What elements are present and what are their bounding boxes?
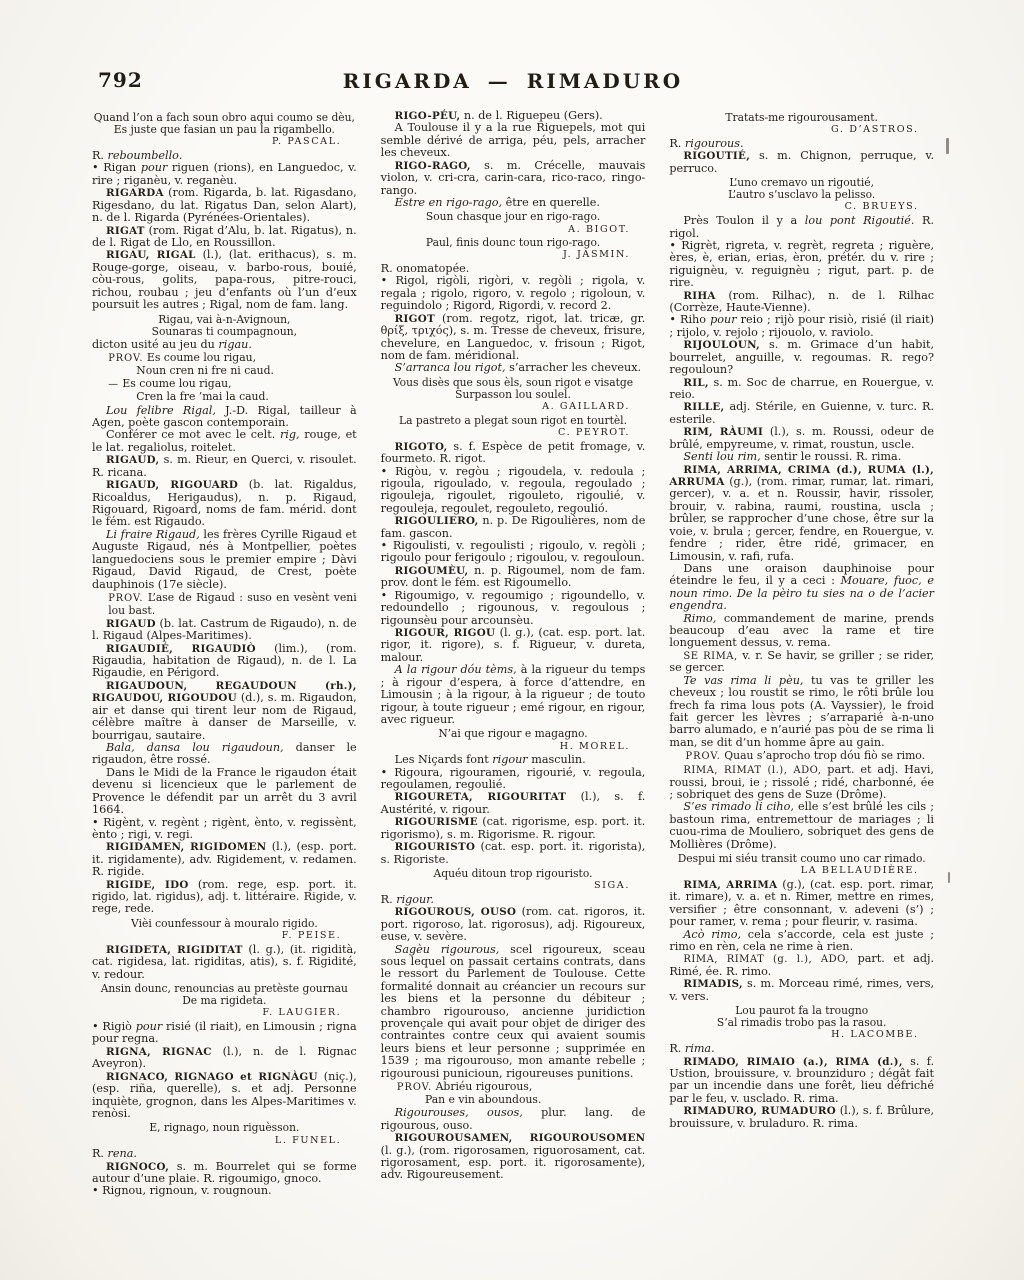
proverb-label: PROV. bbox=[686, 751, 721, 762]
verse-attribution: G. D’ASTROS. bbox=[669, 125, 934, 136]
entry-paragraph: RIGIDAMEN, RIGIDOMEN (l.), (esp. port. i… bbox=[92, 841, 357, 878]
verse-line: Tratats-me rigourousament. bbox=[669, 112, 934, 124]
italic-phrase: Mouare, fuoc, e noun rimo. De la pèiro t… bbox=[669, 574, 934, 612]
entry-headword: RIGAUD bbox=[106, 618, 156, 630]
verse-line: Vièi counfessour à mouralo rigido. bbox=[92, 918, 357, 930]
entry-paragraph: RIMADURO, RUMADURO (l.), s. f. Brûlure, … bbox=[669, 1105, 934, 1130]
entry-headword: RIMADIS, bbox=[683, 978, 743, 990]
verse-attribution: H. LACOMBE. bbox=[669, 1030, 934, 1041]
entry-paragraph: RIGNOCO, s. m. Bourrelet qui se forme au… bbox=[92, 1161, 357, 1186]
proverb-block: PROV. Quau s’aprocho trop dóu fiò se rim… bbox=[669, 750, 934, 763]
text-paragraph: Rimo, commandement de marine, prends bea… bbox=[669, 613, 934, 650]
italic-phrase: Lou felibre Rigal, bbox=[106, 404, 216, 417]
italic-phrase: Estre en rigo-rago, bbox=[395, 196, 502, 209]
entry-headword: RIGOURISTO bbox=[395, 841, 476, 853]
verse-block: Vous disès que sous èls, soun rigot e vi… bbox=[381, 377, 646, 413]
verse-line: N’ai que rigour e magagno. bbox=[381, 728, 646, 740]
entry-paragraph: RIGARDA (rom. Rigarda, b. lat. Rigasdano… bbox=[92, 187, 357, 224]
verse-line: Paul, finis dounc toun rigo-rago. bbox=[381, 237, 646, 249]
text-paragraph: Dans une oraison dauphinoise pour éteind… bbox=[669, 563, 934, 613]
entry-headword: RIGNOCO, bbox=[106, 1161, 169, 1173]
text-paragraph: Senti lou rim, sentir le roussi. R. rima… bbox=[669, 451, 934, 463]
scan-artifact bbox=[946, 138, 949, 154]
verse-block: Lou paurot fa la trougnoS’al rimadis tro… bbox=[669, 1005, 934, 1041]
entry-paragraph: RIGOULIERO, n. p. De Rigoulières, nom de… bbox=[381, 515, 646, 540]
verse-line: Es juste que fasian un pau la rigambello… bbox=[92, 124, 357, 136]
entry-paragraph: RIM, RÀUMI (l.), s. m. Roussi, odeur de … bbox=[669, 426, 934, 451]
verse-block: E, rignago, noun riguèsson.L. FUNEL. bbox=[92, 1122, 357, 1146]
text-paragraph: R. rena. bbox=[92, 1148, 357, 1160]
entry-headword: RIMADURO, RUMADURO bbox=[683, 1105, 836, 1117]
italic-phrase: Sagèu rigourous, bbox=[395, 943, 500, 956]
entry-paragraph: RIMA, RIMAT (g. l.), ADO, part. et adj. … bbox=[669, 953, 934, 978]
entry-paragraph: RIMA, RIMAT (l.), ADO, part. et adj. Hav… bbox=[669, 764, 934, 801]
column-1: Quand l’on a fach soun obro aqui coumo s… bbox=[92, 110, 357, 1198]
entry-paragraph: RIGO-RAGO, s. m. Crécelle, mauvais violo… bbox=[381, 160, 646, 197]
verse-block: L’uno cremavo un rigoutié,L’autro s’uscl… bbox=[669, 177, 934, 213]
verse-attribution: F. PEISE. bbox=[92, 931, 357, 942]
entry-headword: RIGOURISME bbox=[395, 816, 478, 828]
entry-headword: RIGOURETA, RIGOURITAT bbox=[395, 791, 567, 803]
entry-headword: RIGARDA bbox=[106, 187, 164, 199]
verse-attribution: A. GAILLARD. bbox=[381, 402, 646, 413]
text-paragraph: • Rigan pour riguen (rions), en Languedo… bbox=[92, 162, 357, 187]
entry-paragraph: RIGOUROUSAMEN, RIGOUROUSOMEN (l. g.), (r… bbox=[381, 1132, 646, 1182]
text-paragraph: Te vas rima li pèu, tu vas te griller le… bbox=[669, 675, 934, 750]
verse-attribution: L. FUNEL. bbox=[92, 1136, 357, 1147]
verse-line: E, rignago, noun riguèsson. bbox=[92, 1122, 357, 1134]
verse-attribution: P. PASCAL. bbox=[92, 137, 357, 148]
entry-paragraph: RIGAUD, RIGOUARD (b. lat. Rigaldus, Rico… bbox=[92, 479, 357, 529]
running-head: RIGARDA — RIMADURO bbox=[92, 69, 934, 93]
text-paragraph: dicton usité au jeu du rigau. bbox=[92, 339, 357, 351]
proverb-block: — Es coume lou rigau,Cren la fre ’mai la… bbox=[92, 378, 357, 403]
text-paragraph: Rigourouses, ousos, plur. lang. de rigou… bbox=[381, 1107, 646, 1132]
verse-line: L’autro s’usclavo la pelisso. bbox=[669, 189, 934, 201]
entry-headword: RIL, bbox=[683, 377, 708, 389]
entry-paragraph: RIGNACO, RIGNAGO et RIGNÀGU (niç.), (esp… bbox=[92, 1071, 357, 1121]
entry-paragraph: RIGAUDOUN, REGAUDOUN (rh.), RIGAUDOU, RI… bbox=[92, 680, 357, 742]
entry-paragraph: RILLE, adj. Stérile, en Guienne, v. turc… bbox=[669, 401, 934, 426]
entry-headword: RIGOT bbox=[395, 313, 435, 325]
entry-headword: RIMA, ARRIMA bbox=[683, 879, 777, 891]
verse-block: Vièi counfessour à mouralo rigido.F. PEI… bbox=[92, 918, 357, 942]
verse-block: Aquéu ditoun trop rigouristo.SIGA. bbox=[381, 868, 646, 892]
verse-line: Soun chasque jour en rigo-rago. bbox=[381, 211, 646, 223]
entry-paragraph: RIMADO, RIMAIO (a.), RIMA (d.), s. f. Us… bbox=[669, 1056, 934, 1106]
entry-paragraph: RIMA, ARRIMA, CRIMA (d.), RUMA (l.), ARR… bbox=[669, 464, 934, 563]
proverb-block: PROV. Abriéu rigourous,Pan e vin aboundo… bbox=[381, 1081, 646, 1106]
verse-block: Quand l’on a fach soun obro aqui coumo s… bbox=[92, 112, 357, 148]
italic-phrase: reboumbello. bbox=[108, 149, 183, 162]
verse-line: De ma rigideta. bbox=[92, 995, 357, 1007]
entry-headword: RIGAT bbox=[106, 225, 145, 237]
entry-headword: RIGO-PÉU, bbox=[395, 110, 461, 122]
verse-line: Sounaras ti coumpagnoun, bbox=[92, 326, 357, 338]
entry-paragraph: RIGOT (rom. regotz, rigot, lat. tricæ, g… bbox=[381, 313, 646, 363]
italic-phrase: Senti lou rim, bbox=[683, 450, 760, 463]
verse-line: Aquéu ditoun trop rigouristo. bbox=[381, 868, 646, 880]
entry-headword: RIGOTO, bbox=[395, 441, 448, 453]
text-paragraph: Les Niçards font rigour masculin. bbox=[381, 754, 646, 766]
entry-paragraph: RIGAUD, s. m. Rieur, en Querci, v. risou… bbox=[92, 454, 357, 479]
entry-headword: RIGAUD, RIGOUARD bbox=[106, 479, 238, 491]
entry-paragraph: RIGAT (rom. Rigat d’Alu, b. lat. Rigatus… bbox=[92, 225, 357, 250]
entry-headword: RIGNA, RIGNAC bbox=[106, 1046, 212, 1058]
verse-attribution: J. JASMIN. bbox=[381, 250, 646, 261]
italic-phrase: rima. bbox=[685, 1042, 715, 1055]
entry-paragraph: SE RIMA, v. r. Se havir, se griller ; se… bbox=[669, 650, 934, 675]
page-header: 792 RIGARDA — RIMADURO bbox=[92, 66, 934, 106]
italic-phrase: Rigourouses, ousos, bbox=[395, 1106, 523, 1119]
text-paragraph: R. rima. bbox=[669, 1043, 934, 1055]
text-paragraph: Li fraire Rigaud, les frères Cyrille Rig… bbox=[92, 529, 357, 591]
verse-line: Surpasson lou soulel. bbox=[381, 389, 646, 401]
italic-phrase: rena. bbox=[108, 1147, 137, 1160]
entry-paragraph: RIGAU, RIGAL (l.), (lat. erithacus), s. … bbox=[92, 249, 357, 311]
italic-phrase: Bala, dansa lou rigaudoun, bbox=[106, 741, 284, 754]
verse-block: Tratats-me rigourousament.G. D’ASTROS. bbox=[669, 112, 934, 136]
column-2: RIGO-PÉU, n. de l. Riguepeu (Gers).A Tou… bbox=[381, 110, 646, 1198]
verse-attribution: C. BRUEYS. bbox=[669, 202, 934, 213]
verse-block: Soun chasque jour en rigo-rago.A. BIGOT. bbox=[381, 211, 646, 235]
italic-phrase: rig, bbox=[280, 428, 300, 441]
text-paragraph: Estre en rigo-rago, être en querelle. bbox=[381, 197, 646, 209]
italic-phrase: pour bbox=[136, 1020, 162, 1033]
italic-phrase: A la rigour dóu tèms, bbox=[395, 663, 517, 676]
italic-phrase: lou pont Rigoutié. bbox=[805, 214, 915, 227]
proverb-label: PROV. bbox=[108, 353, 143, 364]
text-paragraph: • Rigiò pour risié (il riait), en Limous… bbox=[92, 1021, 357, 1046]
entry-paragraph: RIGIDETA, RIGIDITAT (l. g.), (it. rigidi… bbox=[92, 944, 357, 981]
entry-paragraph: RIL, s. m. Soc de charrue, en Rouergue, … bbox=[669, 377, 934, 402]
verse-line: La pastreto a plegat soun rigot en tourt… bbox=[381, 415, 646, 427]
entry-paragraph: RIGOURISME (cat. rigorisme, esp. port. i… bbox=[381, 816, 646, 841]
verse-attribution: LA BELLAUDIÈRE. bbox=[669, 866, 934, 877]
text-paragraph: Lou felibre Rigal, J.-D. Rigal, tailleur… bbox=[92, 405, 357, 430]
entry-headword: RIGIDAMEN, RIGIDOMEN bbox=[106, 841, 266, 853]
proverb-block: PROV. Es coume lou rigau,Noun cren ni fr… bbox=[92, 352, 357, 377]
text-paragraph: • Rignou, rignoun, v. rougnoun. bbox=[92, 1185, 357, 1197]
entry-paragraph: RIHA (rom. Rilhac), n. de l. Rilhac (Cor… bbox=[669, 290, 934, 315]
text-paragraph: Sagèu rigourous, scel rigoureux, sceau s… bbox=[381, 944, 646, 1081]
entry-headword: RILLE, bbox=[683, 401, 724, 413]
proverb-label: PROV. bbox=[397, 1082, 432, 1093]
entry-headword: RIHA bbox=[683, 290, 715, 302]
entry-paragraph: RIMA, ARRIMA (g.), (cat. esp. port. rima… bbox=[669, 879, 934, 929]
column-3: Tratats-me rigourousament.G. D’ASTROS.R.… bbox=[669, 110, 934, 1198]
scan-artifact bbox=[948, 872, 950, 883]
entry-paragraph: RIGOUROUS, OUSO (rom. cat. rigoros, it. … bbox=[381, 906, 646, 943]
entry-headword: RIGAUDOUN, REGAUDOUN (rh.), RIGAUDOU, RI… bbox=[92, 680, 357, 704]
text-paragraph: • Rigoulisti, v. regoulisti ; rigoulo, v… bbox=[381, 540, 646, 565]
entry-headword: RIGIDE, IDO bbox=[106, 879, 189, 891]
entry-headword: RIGNACO, RIGNAGO et RIGNÀGU bbox=[106, 1071, 318, 1083]
verse-block: Paul, finis dounc toun rigo-rago.J. JASM… bbox=[381, 237, 646, 261]
entry-headword: RIGO-RAGO, bbox=[395, 160, 471, 172]
text-paragraph: Conférer ce mot avec le celt. rig, rouge… bbox=[92, 429, 357, 454]
italic-phrase: rigourous. bbox=[685, 137, 744, 150]
text-paragraph: Dans le Midi de la France le rigaudon ét… bbox=[92, 767, 357, 817]
entry-headword: RIGOULIERO, bbox=[395, 515, 479, 527]
proverb-label: — bbox=[108, 379, 119, 390]
text-paragraph: A la rigour dóu tèms, à la rigueur du te… bbox=[381, 664, 646, 726]
verse-attribution: H. MOREL. bbox=[381, 742, 646, 753]
text-paragraph: • Rigoura, rigouramen, rigourié, v. rego… bbox=[381, 767, 646, 792]
entry-paragraph: RIGNA, RIGNAC (l.), n. de l. Rignac Avey… bbox=[92, 1046, 357, 1071]
entry-paragraph: RIGOUTIÉ, s. m. Chignon, perruque, v. pe… bbox=[669, 150, 934, 175]
proverb-block: PROV. L’ase de Rigaud : suso en vesènt v… bbox=[92, 592, 357, 617]
verse-block: Despui mi siéu transit coumo uno car rim… bbox=[669, 853, 934, 877]
proverb-line: Noun cren ni fre ni caud. bbox=[108, 365, 356, 377]
entry-headword: RIMA, ARRIMA, CRIMA (d.), RUMA (l.), ARR… bbox=[669, 464, 934, 488]
italic-phrase: pour bbox=[141, 161, 167, 174]
italic-phrase: Acò rimo, bbox=[683, 928, 741, 941]
proverb-label: PROV. bbox=[108, 593, 143, 604]
entry-paragraph: RIMADIS, s. m. Morceau rimé, rimes, vers… bbox=[669, 978, 934, 1003]
verse-attribution: SIGA. bbox=[381, 881, 646, 892]
italic-phrase: Te vas rima li pèu, bbox=[683, 674, 803, 687]
dictionary-page: 792 RIGARDA — RIMADURO Quand l’on a fach… bbox=[0, 0, 1024, 1280]
entry-headword: RIGAUDIÉ, RIGAUDIÒ bbox=[106, 643, 256, 655]
entry-paragraph: RIGOTO, s. f. Espèce de petit fromage, v… bbox=[381, 441, 646, 466]
text-paragraph: • Rigoumigo, v. regoumigo ; rigoundello,… bbox=[381, 590, 646, 627]
entry-headword: RIGAUD, bbox=[106, 454, 159, 466]
text-paragraph: • Rigol, rigòli, rigòri, v. regòli ; rig… bbox=[381, 275, 646, 312]
text-paragraph: S’es rimado li ciho, elle s’est brûlé le… bbox=[669, 801, 934, 851]
italic-phrase: Li fraire Rigaud, bbox=[106, 528, 200, 541]
text-paragraph: Bala, dansa lou rigaudoun, danser le rig… bbox=[92, 742, 357, 767]
entry-headword: RIGAU, RIGAL bbox=[106, 249, 196, 261]
entry-headword: RIGOUR, RIGOU bbox=[395, 627, 496, 639]
entry-paragraph: RIGIDE, IDO (rom. rege, esp. port. it. r… bbox=[92, 879, 357, 916]
entry-paragraph: RIGOURETA, RIGOURITAT (l.), s. f. Austér… bbox=[381, 791, 646, 816]
verse-line: S’al rimadis trobo pas la rasou. bbox=[669, 1017, 934, 1029]
columns: Quand l’on a fach soun obro aqui coumo s… bbox=[92, 110, 934, 1198]
entry-paragraph: RIJOULOUN, s. m. Grimace d’un habit, bou… bbox=[669, 339, 934, 376]
italic-phrase: S’arranca lou rigot, bbox=[395, 361, 506, 374]
text-paragraph: • Rigènt, v. regènt ; rigènt, ènto, v. r… bbox=[92, 817, 357, 842]
italic-phrase: rigour. bbox=[396, 893, 434, 906]
verse-block: Rigau, vai à-n-Avignoun,Sounaras ti coum… bbox=[92, 314, 357, 338]
text-paragraph: • Rigòu, v. regòu ; rigoudela, v. redoul… bbox=[381, 466, 646, 516]
proverb-line: Pan e vin aboundous. bbox=[397, 1094, 645, 1106]
verse-attribution: F. LAUGIER. bbox=[92, 1008, 357, 1019]
italic-phrase: rigour bbox=[492, 753, 527, 766]
verse-attribution: A. BIGOT. bbox=[381, 225, 646, 236]
text-paragraph: • Rigrèt, rigreta, v. regrèt, regreta ; … bbox=[669, 240, 934, 290]
text-paragraph: A Toulouse il y a la rue Riguepels, mot … bbox=[381, 122, 646, 159]
verse-attribution: C. PEYROT. bbox=[381, 428, 646, 439]
verse-block: Ansin dounc, renouncias au pretèste gour… bbox=[92, 983, 357, 1019]
verse-block: La pastreto a plegat soun rigot en tourt… bbox=[381, 415, 646, 439]
entry-headword: RIMA, RIMAT (l.), ADO, bbox=[683, 765, 821, 776]
entry-headword: RIJOULOUN, bbox=[683, 339, 760, 351]
verse-block: N’ai que rigour e magagno.H. MOREL. bbox=[381, 728, 646, 752]
entry-headword: RIGOUROUS, OUSO bbox=[395, 906, 517, 918]
italic-phrase: S’es rimado li ciho, bbox=[683, 800, 794, 813]
entry-paragraph: RIGOUMÈU, n. p. Rigoumel, nom de fam. pr… bbox=[381, 565, 646, 590]
entry-headword: RIGIDETA, RIGIDITAT bbox=[106, 944, 243, 956]
entry-headword: SE RIMA, bbox=[683, 651, 737, 662]
entry-paragraph: RIGAUDIÉ, RIGAUDIÒ (lim.), (rom. Rigaudi… bbox=[92, 643, 357, 680]
entry-paragraph: RIGAUD (b. lat. Castrum de Rigaudo), n. … bbox=[92, 618, 357, 643]
italic-phrase: rigau. bbox=[218, 338, 252, 351]
verse-line: Despui mi siéu transit coumo uno car rim… bbox=[669, 853, 934, 865]
text-paragraph: Acò rimo, cela s’accorde, cela est juste… bbox=[669, 929, 934, 954]
entry-headword: RIGOUMÈU, bbox=[395, 565, 469, 577]
italic-phrase: Rimo, bbox=[683, 612, 716, 625]
text-paragraph: S’arranca lou rigot, s’arracher les chev… bbox=[381, 362, 646, 374]
proverb-line: Cren la fre ’mai la caud. bbox=[108, 391, 356, 403]
text-paragraph: • Riho pour reio ; rijò pour risiò, risi… bbox=[669, 314, 934, 339]
italic-phrase: pour bbox=[710, 313, 736, 326]
text-paragraph: Près Toulon il y a lou pont Rigoutié. R.… bbox=[669, 215, 934, 240]
entry-headword: RIMA, RIMAT (g. l.), ADO, bbox=[683, 954, 849, 965]
entry-headword: RIMADO, RIMAIO (a.), RIMA (d.), bbox=[683, 1056, 902, 1068]
entry-headword: RIGOUROUSAMEN, RIGOUROUSOMEN bbox=[395, 1132, 646, 1144]
entry-paragraph: RIGOUR, RIGOU (l. g.), (cat. esp. port. … bbox=[381, 627, 646, 664]
verse-line: Rigau, vai à-n-Avignoun, bbox=[92, 314, 357, 326]
entry-paragraph: RIGOURISTO (cat. esp. port. it. rigorist… bbox=[381, 841, 646, 866]
entry-headword: RIGOUTIÉ, bbox=[683, 150, 750, 162]
entry-headword: RIM, RÀUMI bbox=[683, 426, 763, 438]
